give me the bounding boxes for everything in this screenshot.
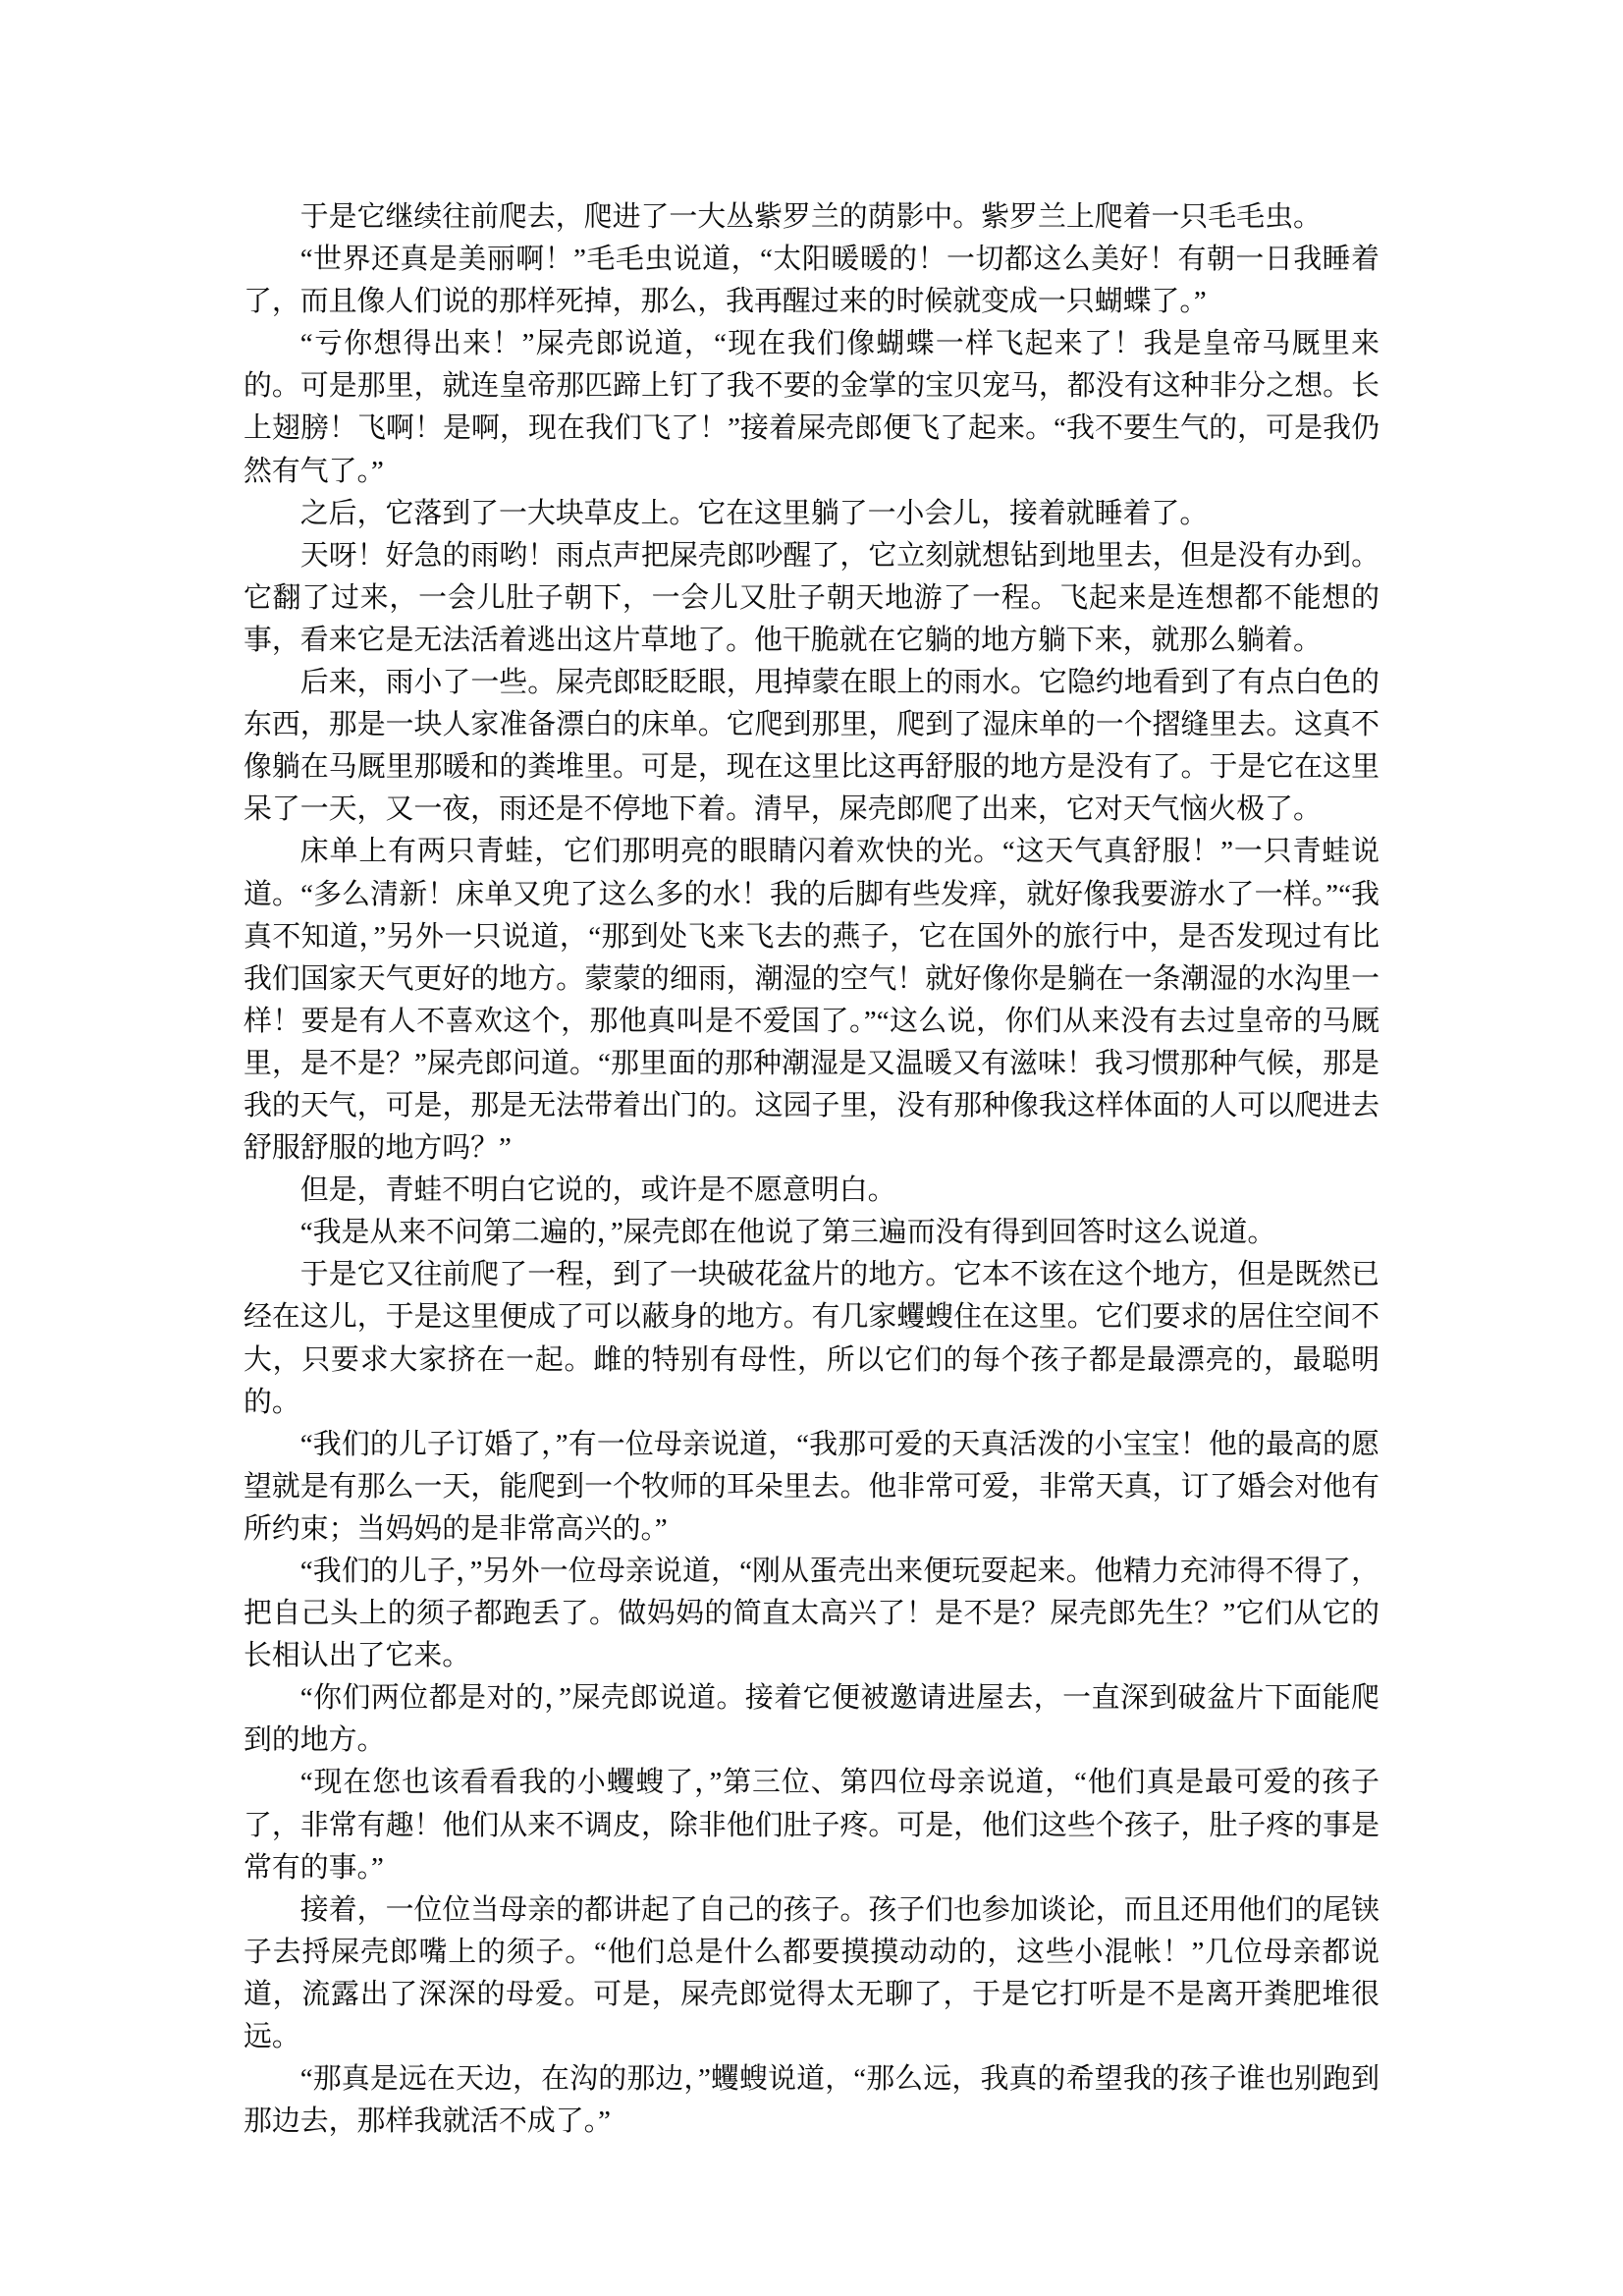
story-paragraph: “我们的儿子订婚了，”有一位母亲说道，“我那可爱的天真活泼的小宝宝！他的最高的愿…	[243, 1424, 1380, 1551]
story-paragraph: 接着，一位位当母亲的都讲起了自己的孩子。孩子们也参加谈论，而且还用他们的尾铗子去…	[243, 1889, 1380, 2058]
story-paragraph: 天呀！好急的雨哟！雨点声把屎壳郎吵醒了，它立刻就想钻到地里去，但是没有办到。它翻…	[243, 535, 1380, 662]
story-paragraph: 后来，雨小了一些。屎壳郎眨眨眼，甩掉蒙在眼上的雨水。它隐约地看到了有点白色的东西…	[243, 662, 1380, 831]
story-paragraph: 于是它又往前爬了一程，到了一块破花盆片的地方。它本不该在这个地方，但是既然已经在…	[243, 1254, 1380, 1423]
story-paragraph: “现在您也该看看我的小蠼螋了，”第三位、第四位母亲说道，“他们真是最可爱的孩子了…	[243, 1762, 1380, 1888]
story-paragraph: “亏你想得出来！”屎壳郎说道，“现在我们像蝴蝶一样飞起来了！我是皇帝马厩里来的。…	[243, 323, 1380, 492]
story-paragraph: 之后，它落到了一大块草皮上。它在这里躺了一小会儿，接着就睡着了。	[243, 493, 1380, 535]
story-paragraph: 但是，青蛙不明白它说的，或许是不愿意明白。	[243, 1170, 1380, 1212]
story-paragraph: “那真是远在天边，在沟的那边，”蠼螋说道，“那么远，我真的希望我的孩子谁也别跑到…	[243, 2058, 1380, 2143]
story-paragraph: “我是从来不问第二遍的，”屎壳郎在他说了第三遍而没有得到回答时这么说道。	[243, 1212, 1380, 1254]
document-page: 于是它继续往前爬去，爬进了一大丛紫罗兰的荫影中。紫罗兰上爬着一只毛毛虫。“世界还…	[0, 0, 1623, 2296]
story-paragraph: “你们两位都是对的，”屎壳郎说道。接着它便被邀请进屋去，一直深到破盆片下面能爬到…	[243, 1677, 1380, 1762]
story-paragraph: “我们的儿子，”另外一位母亲说道，“刚从蛋壳出来便玩耍起来。他精力充沛得不得了，…	[243, 1551, 1380, 1677]
story-paragraph: 床单上有两只青蛙，它们那明亮的眼睛闪着欢快的光。“这天气真舒服！”一只青蛙说道。…	[243, 831, 1380, 1170]
story-paragraph: 于是它继续往前爬去，爬进了一大丛紫罗兰的荫影中。紫罗兰上爬着一只毛毛虫。	[243, 196, 1380, 239]
story-paragraph: “世界还真是美丽啊！”毛毛虫说道，“太阳暖暖的！一切都这么美好！有朝一日我睡着了…	[243, 239, 1380, 323]
story-text: 于是它继续往前爬去，爬进了一大丛紫罗兰的荫影中。紫罗兰上爬着一只毛毛虫。“世界还…	[243, 196, 1380, 2143]
